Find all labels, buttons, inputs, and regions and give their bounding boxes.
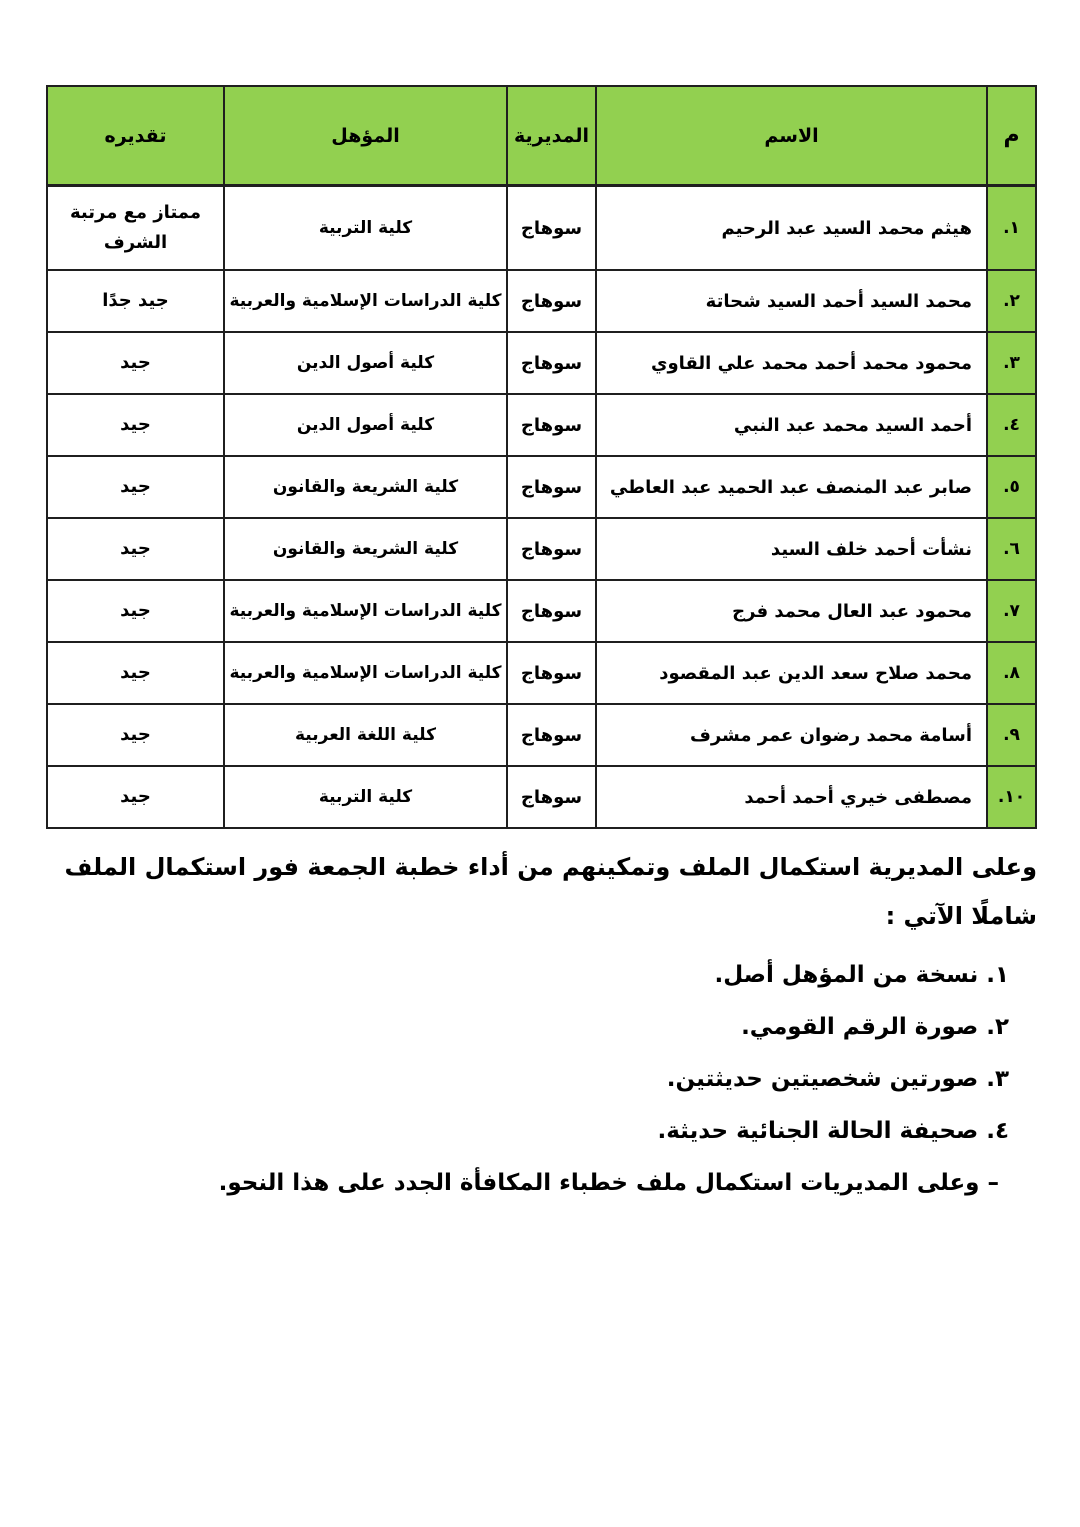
cell-num: ٢. — [987, 270, 1036, 332]
document-page: مالاسمالمديريةالمؤهلتقديره ١.هيثم محمد ا… — [0, 0, 1080, 1527]
cell-num: ٤. — [987, 394, 1036, 456]
cell-qualification: كلية الشريعة والقانون — [224, 518, 507, 580]
cell-num: ٧. — [987, 580, 1036, 642]
column-header-num: م — [987, 86, 1036, 186]
cell-qualification: كلية الشريعة والقانون — [224, 456, 507, 518]
cell-name: محمود محمد أحمد محمد علي القاوي — [596, 332, 987, 394]
cell-directorate: سوهاج — [507, 766, 596, 828]
table-row: ١.هيثم محمد السيد عبد الرحيمسوهاجكلية ال… — [47, 186, 1036, 271]
table-row: ٤.أحمد السيد محمد عبد النبيسوهاجكلية أصو… — [47, 394, 1036, 456]
cell-directorate: سوهاج — [507, 518, 596, 580]
cell-qualification: كلية الدراسات الإسلامية والعربية — [224, 642, 507, 704]
cell-name: أحمد السيد محمد عبد النبي — [596, 394, 987, 456]
cell-num: ٥. — [987, 456, 1036, 518]
cell-num: ٨. — [987, 642, 1036, 704]
requirement-item: ٤. صحيفة الحالة الجنائية حديثة. — [48, 1115, 1009, 1148]
cell-qualification: كلية الدراسات الإسلامية والعربية — [224, 270, 507, 332]
cell-directorate: سوهاج — [507, 580, 596, 642]
khateebs-roster-table: مالاسمالمديريةالمؤهلتقديره ١.هيثم محمد ا… — [46, 85, 1037, 829]
table-row: ١٠.مصطفى خيري أحمد أحمدسوهاجكلية التربية… — [47, 766, 1036, 828]
cell-name: محمد السيد أحمد السيد شحاتة — [596, 270, 987, 332]
cell-grade: جيد — [47, 518, 224, 580]
column-header-name: الاسم — [596, 86, 987, 186]
table-row: ٨.محمد صلاح سعد الدين عبد المقصودسوهاجكل… — [47, 642, 1036, 704]
table-row: ٧.محمود عبد العال محمد فرجسوهاجكلية الدر… — [47, 580, 1036, 642]
cell-directorate: سوهاج — [507, 186, 596, 271]
cell-directorate: سوهاج — [507, 704, 596, 766]
directive-paragraph-line-1: وعلى المديرية استكمال الملف وتمكينهم من … — [48, 843, 1037, 892]
cell-directorate: سوهاج — [507, 332, 596, 394]
cell-qualification: كلية اللغة العربية — [224, 704, 507, 766]
cell-qualification: كلية الدراسات الإسلامية والعربية — [224, 580, 507, 642]
cell-directorate: سوهاج — [507, 456, 596, 518]
cell-name: مصطفى خيري أحمد أحمد — [596, 766, 987, 828]
column-header-grade: تقديره — [47, 86, 224, 186]
cell-num: ٣. — [987, 332, 1036, 394]
cell-directorate: سوهاج — [507, 642, 596, 704]
header-row: مالاسمالمديريةالمؤهلتقديره — [47, 86, 1036, 186]
cell-grade: جيد — [47, 332, 224, 394]
cell-qualification: كلية أصول الدين — [224, 394, 507, 456]
requirement-item: ٣. صورتين شخصيتين حديثتين. — [48, 1063, 1009, 1096]
cell-name: أسامة محمد رضوان عمر مشرف — [596, 704, 987, 766]
directorates-dash-note: – وعلى المديريات استكمال ملف خطباء المكا… — [48, 1167, 1037, 1200]
cell-grade: جيد — [47, 704, 224, 766]
cell-grade: جيد — [47, 580, 224, 642]
requirement-item: ١. نسخة من المؤهل أصل. — [48, 959, 1009, 992]
table-row: ٥.صابر عبد المنصف عبد الحميد عبد العاطيس… — [47, 456, 1036, 518]
cell-qualification: كلية التربية — [224, 766, 507, 828]
cell-directorate: سوهاج — [507, 394, 596, 456]
requirements-list: ١. نسخة من المؤهل أصل.٢. صورة الرقم القو… — [48, 959, 1037, 1148]
cell-name: صابر عبد المنصف عبد الحميد عبد العاطي — [596, 456, 987, 518]
cell-name: محمود عبد العال محمد فرج — [596, 580, 987, 642]
cell-grade: جيد — [47, 766, 224, 828]
cell-name: محمد صلاح سعد الدين عبد المقصود — [596, 642, 987, 704]
cell-grade: جيد — [47, 394, 224, 456]
table-row: ٣.محمود محمد أحمد محمد علي القاويسوهاجكل… — [47, 332, 1036, 394]
table-row: ٢.محمد السيد أحمد السيد شحاتةسوهاجكلية ا… — [47, 270, 1036, 332]
cell-qualification: كلية أصول الدين — [224, 332, 507, 394]
cell-grade: جيد — [47, 642, 224, 704]
cell-directorate: سوهاج — [507, 270, 596, 332]
column-header-qualification: المؤهل — [224, 86, 507, 186]
cell-grade: جيد جدًا — [47, 270, 224, 332]
cell-num: ١٠. — [987, 766, 1036, 828]
cell-qualification: كلية التربية — [224, 186, 507, 271]
requirement-item: ٢. صورة الرقم القومي. — [48, 1011, 1009, 1044]
cell-num: ٩. — [987, 704, 1036, 766]
cell-grade: جيد — [47, 456, 224, 518]
cell-grade: ممتاز مع مرتبة الشرف — [47, 186, 224, 271]
directive-paragraph-line-2: شاملًا الآتي : — [48, 892, 1037, 941]
table-row: ٦.نشأت أحمد خلف السيدسوهاجكلية الشريعة و… — [47, 518, 1036, 580]
table-body: ١.هيثم محمد السيد عبد الرحيمسوهاجكلية ال… — [47, 186, 1036, 829]
cell-num: ١. — [987, 186, 1036, 271]
directive-paragraph: وعلى المديرية استكمال الملف وتمكينهم من … — [48, 843, 1037, 941]
cell-num: ٦. — [987, 518, 1036, 580]
column-header-directorate: المديرية — [507, 86, 596, 186]
cell-name: هيثم محمد السيد عبد الرحيم — [596, 186, 987, 271]
cell-name: نشأت أحمد خلف السيد — [596, 518, 987, 580]
table-header: مالاسمالمديريةالمؤهلتقديره — [47, 86, 1036, 186]
table-row: ٩.أسامة محمد رضوان عمر مشرفسوهاجكلية الل… — [47, 704, 1036, 766]
